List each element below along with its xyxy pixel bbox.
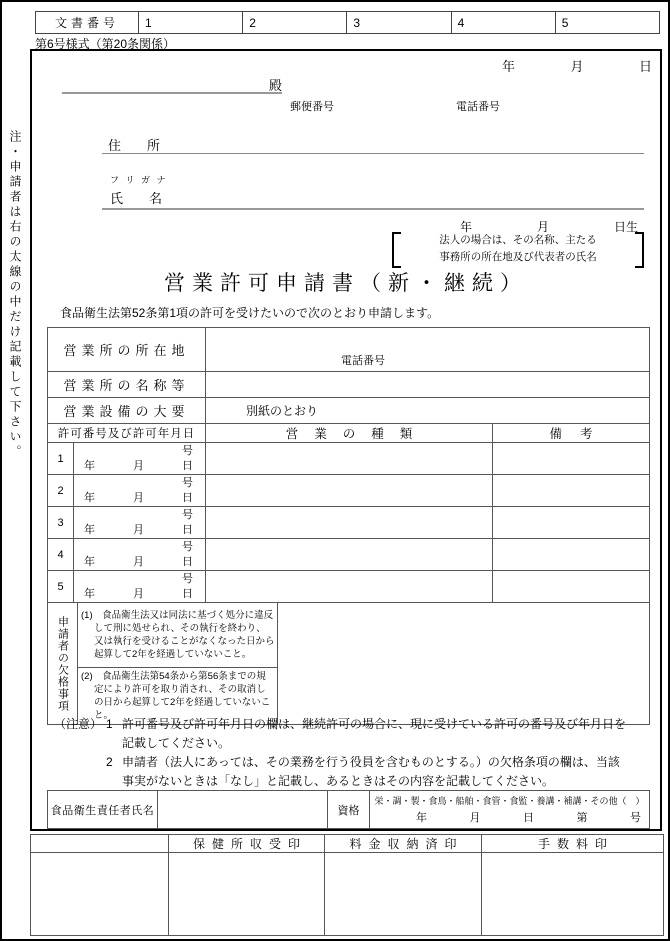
fee-received-stamp-cell [325,853,482,936]
facility-value: 別紙のとおり [206,398,650,424]
permit-date-cell: 号 年 月 日 [74,507,206,539]
permit-date-cell: 号 年 月 日 [74,443,206,475]
remarks-cell [493,539,650,571]
note-item-2: 2 申請者（法人にあっては、その業務を行う役員を含むものとする。）の欠格条項の欄… [106,753,627,791]
permit-row-4: 4 号 年 月 日 [48,539,650,571]
permit-no-suffix: 号 [182,477,193,489]
month-label: 月 [133,587,144,602]
premises-table: 営業所の所在地 電話番号 営業所の名称等 営業設備の大要 別紙のとおり [47,327,650,424]
business-type-cell [206,539,493,571]
day-label: 日 [182,523,193,538]
stamp-table: 保健所収受印 料金収納済印 手数料印 [30,834,664,936]
notes-label: （注意） [54,715,106,791]
remarks-cell [493,571,650,603]
address-fill-line: 住 所 [102,135,644,154]
date-month-label: 月 [570,56,583,75]
permit-date-cell: 号 年 月 日 [74,571,206,603]
certificate-date-line: 年 月 日 第 号 [370,807,649,825]
stamp-cell-empty [31,853,169,936]
cert-day-label: 日 [523,809,534,825]
document-number-cell-5: 5 [555,12,659,34]
premises-location-row: 営業所の所在地 電話番号 [48,328,650,372]
addressee-suffix-label: 殿 [269,78,282,93]
addressee-fill-line: 殿 [62,75,282,94]
stamp-header-row: 保健所収受印 料金収納済印 手数料印 [31,835,664,853]
cert-year-label: 年 [416,809,427,825]
corporate-note-line1: 法人の場合は、その名称、主たる [401,232,635,249]
document-number-cell-4: 4 [451,12,555,34]
cert-no-suffix: 号 [630,809,641,825]
permit-no-suffix: 号 [182,509,193,521]
permit-number-header: 許可番号及び許可年月日 [48,424,206,443]
premises-location-value-cell: 電話番号 [206,328,650,372]
disqualification-label: 申請者の欠格事項 [48,603,78,725]
business-type-header: 営業の種類 [206,424,493,443]
date-day-label: 日 [639,56,652,75]
responsible-person-row: 食品衛生責任者氏名 資格 栄・調・製・食鳥・船舶・食管・食監・養講・補講・その他… [48,791,650,829]
permit-no-suffix: 号 [182,541,193,553]
permit-row-number: 4 [48,539,74,571]
day-label: 日 [182,555,193,570]
remarks-cell [493,475,650,507]
intro-sentence: 食品衛生法第52条第1項の許可を受けたいので次のとおり申請します。 [60,304,439,321]
disqualification-table: 申請者の欠格事項 (1) 食品衛生法又は同法に基づく処分に違反して刑に処せられ、… [47,602,650,725]
facility-label: 営業設備の大要 [48,398,206,424]
remarks-cell [493,507,650,539]
health-center-stamp-cell [169,853,325,936]
disqualification-item-1: (1) 食品衛生法又は同法に基づく処分に違反して刑に処せられ、その執行を終わり、… [78,603,278,668]
notes-items: 1 許可番号及び許可年月日の欄は、継続許可の場合に、現に受けている許可の番号及び… [106,715,627,791]
document-number-label: 文書番号 [36,12,139,34]
qualification-cell: 栄・調・製・食鳥・船舶・食管・食監・養講・補講・その他（ ） 年 月 日 第 号 [370,791,650,829]
premises-name-row: 営業所の名称等 [48,372,650,398]
premises-location-label: 営業所の所在地 [48,328,206,372]
name-label: 氏 名 [102,188,644,207]
cert-no-prefix: 第 [577,809,588,825]
note-text-2: 申請者（法人にあっては、その業務を行う役員を含むものとする。）の欠格条項の欄は、… [122,753,627,791]
note-number-2: 2 [106,753,122,791]
business-type-cell [206,443,493,475]
note-text-1: 許可番号及び許可年月日の欄は、継続許可の場合に、現に受けている許可の番号及び年月… [122,715,627,753]
qualification-options: 栄・調・製・食鳥・船舶・食管・食監・養講・補講・その他（ ） [370,791,649,807]
document-number-bar: 文書番号 1 2 3 4 5 [35,11,660,34]
application-form-page: 文書番号 1 2 3 4 5 第6号様式（第20条関係） 注・申請者は右の太線の… [0,0,670,941]
permit-row-2: 2 号 年 月 日 [48,475,650,507]
application-date-line: 年 月 日 [502,56,652,75]
name-fill-line: フ リ ガ ナ 氏 名 [102,173,644,210]
document-number-cell-2: 2 [243,12,347,34]
postal-code-label: 郵便番号 [290,98,334,114]
corporate-note-line2: 事務所の所在地及び代表者の氏名 [401,249,635,266]
permit-row-5: 5 号 年 月 日 [48,571,650,603]
business-type-cell [206,507,493,539]
permit-no-suffix: 号 [182,573,193,585]
remarks-header: 備考 [493,424,650,443]
document-number-cell-1: 1 [139,12,243,34]
stamp-header-empty [31,835,169,853]
margin-note-vertical: 注・申請者は右の太線の中だけ記載して下さい。 [7,130,24,460]
permit-no-suffix: 号 [182,445,193,457]
year-label: 年 [84,491,95,506]
permit-table: 許可番号及び許可年月日 営業の種類 備考 1 号 年 月 日 [47,423,650,603]
business-type-cell [206,571,493,603]
business-tables: 営業所の所在地 電話番号 営業所の名称等 営業設備の大要 別紙のとおり 許 [47,327,649,725]
permit-table-header: 許可番号及び許可年月日 営業の種類 備考 [48,424,650,443]
health-center-stamp-header: 保健所収受印 [169,835,325,853]
permit-row-number: 3 [48,507,74,539]
premises-name-label: 営業所の名称等 [48,372,206,398]
responsible-name-label: 食品衛生責任者氏名 [48,791,158,829]
year-label: 年 [84,523,95,538]
premises-name-value-cell [206,372,650,398]
note-number-1: 1 [106,715,122,753]
month-label: 月 [133,555,144,570]
handling-fee-stamp-header: 手数料印 [482,835,664,853]
document-number-row: 文書番号 1 2 3 4 5 [36,12,660,34]
permit-row-number: 2 [48,475,74,507]
bracket-left [392,232,401,268]
permit-date-cell: 号 年 月 日 [74,539,206,571]
day-label: 日 [182,587,193,602]
corporate-note-text: 法人の場合は、その名称、主たる 事務所の所在地及び代表者の氏名 [401,232,635,268]
document-number-cell-3: 3 [347,12,451,34]
facility-row: 営業設備の大要 別紙のとおり [48,398,650,424]
responsible-person-table: 食品衛生責任者氏名 資格 栄・調・製・食鳥・船舶・食管・食監・養講・補講・その他… [47,790,650,829]
year-label: 年 [84,587,95,602]
furigana-label: フ リ ガ ナ [102,173,644,186]
date-year-label: 年 [502,56,515,75]
note-item-1: 1 許可番号及び許可年月日の欄は、継続許可の場合に、現に受けている許可の番号及び… [106,715,627,753]
cert-month-label: 月 [470,809,481,825]
month-label: 月 [133,491,144,506]
month-label: 月 [133,523,144,538]
corporate-note: 法人の場合は、その名称、主たる 事務所の所在地及び代表者の氏名 [392,232,644,268]
permit-row-number: 1 [48,443,74,475]
day-label: 日 [182,491,193,506]
fee-received-stamp-header: 料金収納済印 [325,835,482,853]
day-label: 日 [182,459,193,474]
phone-number-label: 電話番号 [456,98,500,114]
premises-phone-label: 電話番号 [341,352,385,368]
main-form-box: 年 月 日 殿 郵便番号 電話番号 住 所 フ リ ガ ナ 氏 名 年 月 日生… [30,49,662,831]
handling-fee-stamp-cell [482,853,664,936]
bracket-right [635,232,644,268]
business-type-cell [206,475,493,507]
month-label: 月 [133,459,144,474]
form-title: 営業許可申請書（新・継続） [32,267,660,297]
year-label: 年 [84,459,95,474]
permit-row-3: 3 号 年 月 日 [48,507,650,539]
notes-block: （注意） 1 許可番号及び許可年月日の欄は、継続許可の場合に、現に受けている許可… [54,715,634,791]
address-label: 住 所 [102,138,160,153]
permit-row-1: 1 号 年 月 日 [48,443,650,475]
disqualification-row-1: 申請者の欠格事項 (1) 食品衛生法又は同法に基づく処分に違反して刑に処せられ、… [48,603,650,668]
permit-row-number: 5 [48,571,74,603]
responsible-name-value-cell [158,791,328,829]
year-label: 年 [84,555,95,570]
disqualification-answer-cell [278,603,650,725]
stamp-body-row [31,853,664,936]
permit-date-cell: 号 年 月 日 [74,475,206,507]
remarks-cell [493,443,650,475]
qualification-label: 資格 [328,791,370,829]
